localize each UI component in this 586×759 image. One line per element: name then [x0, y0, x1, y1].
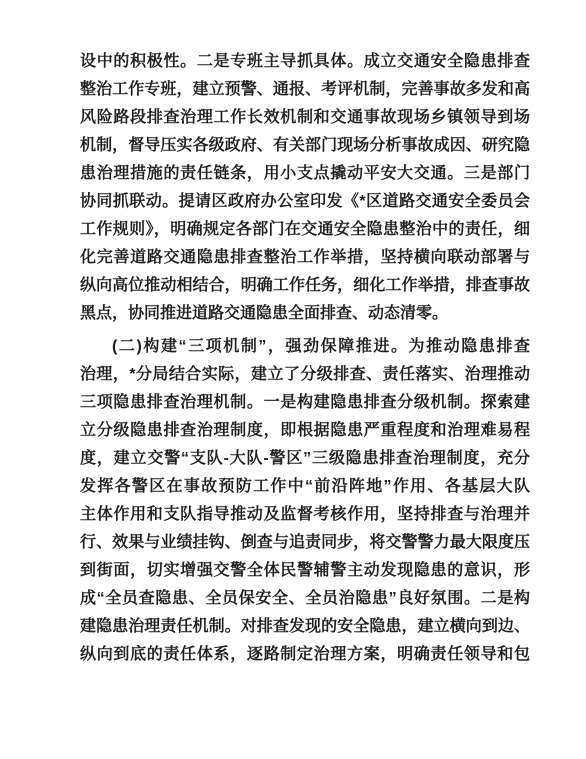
text-line: 协同抓联动。提请区政府办公室印发《*区道路交通安全委员会 [80, 188, 530, 216]
text-line: 机制，督导压实各级政府、有关部门现场分析事故成因、研究隐 [80, 132, 530, 160]
paragraph: 设中的积极性。二是专班主导抓具体。成立交通安全隐患排查整治工作专班，建立预警、通… [80, 48, 530, 328]
text-line: 到街面，切实增强交警全体民警辅警主动发现隐患的意识，形 [80, 557, 530, 585]
text-line: 度，建立交警“支队-大队-警区”三级隐患排查治理制度，充分 [80, 445, 530, 473]
text-line: 立分级隐患排查治理制度，即根据隐患严重程度和治理难易程 [80, 417, 530, 445]
text-line: 纵向高位推动相结合，明确工作任务，细化工作举措，排查事故 [80, 272, 530, 300]
text-line: 整治工作专班，建立预警、通报、考评机制，完善事故多发和高 [80, 76, 530, 104]
text-line: 工作规则》，明确规定各部门在交通安全隐患整治中的责任，细 [80, 216, 530, 244]
text-line: 三项隐患排查治理机制。一是构建隐患排查分级机制。探索建 [80, 389, 530, 417]
document-page: 设中的积极性。二是专班主导抓具体。成立交通安全隐患排查整治工作专班，建立预警、通… [80, 48, 530, 669]
text-line: 风险路段排查治理工作长效机制和交通事故现场乡镇领导到场 [80, 104, 530, 132]
text-line: 行、效果与业绩挂钩、倒查与追责同步，将交警警力最大限度压 [80, 529, 530, 557]
document-sheet: 设中的积极性。二是专班主导抓具体。成立交通安全隐患排查整治工作专班，建立预警、通… [0, 0, 586, 759]
text-line: 设中的积极性。二是专班主导抓具体。成立交通安全隐患排查 [80, 48, 530, 76]
text-line: 患治理措施的责任链条，用小支点撬动平安大交通。三是部门 [80, 160, 530, 188]
text-line: 成“全员查隐患、全员保安全、全员治隐患”良好氛围。二是构 [80, 585, 530, 613]
text-line: 建隐患治理责任机制。对排查发现的安全隐患，建立横向到边、 [80, 613, 530, 641]
paragraph: (二)构建“三项机制”，强劲保障推进。为推动隐患排查治理，*分局结合实际，建立了… [80, 333, 530, 669]
text-line: 主体作用和支队指导推动及监督考核作用，坚持排查与治理并 [80, 501, 530, 529]
text-line: (二)构建“三项机制”，强劲保障推进。为推动隐患排查 [80, 333, 530, 361]
text-line: 纵向到底的责任体系，逐路制定治理方案，明确责任领导和包 [80, 641, 530, 669]
text-line: 发挥各警区在事故预防工作中“前沿阵地”作用、各基层大队 [80, 473, 530, 501]
text-line: 黑点，协同推进道路交通隐患全面排查、动态清零。 [80, 300, 530, 328]
text-line: 化完善道路交通隐患排查整治工作举措，坚持横向联动部署与 [80, 244, 530, 272]
text-line: 治理，*分局结合实际，建立了分级排查、责任落实、治理推动 [80, 361, 530, 389]
